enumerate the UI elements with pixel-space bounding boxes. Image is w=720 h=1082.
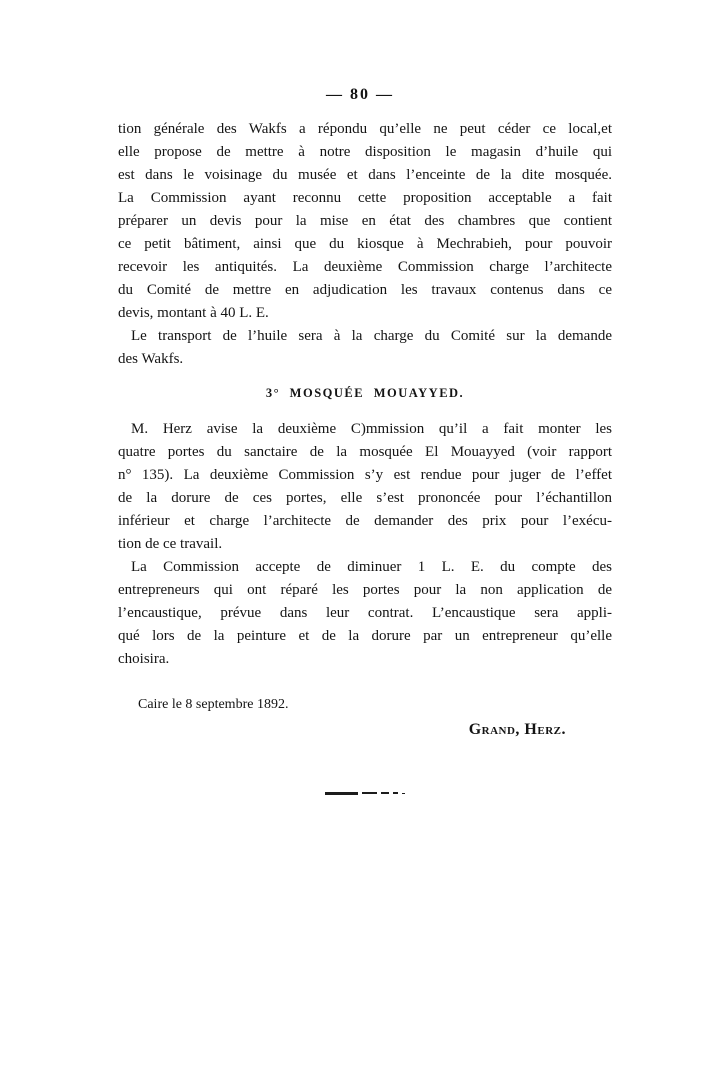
text-line: des Wakfs.	[118, 348, 612, 371]
text-line: n° 135). La deuxième Commission s’y est …	[118, 464, 612, 487]
section-divider-rule	[325, 791, 405, 795]
divider-segment	[381, 792, 390, 794]
divider-segment	[393, 792, 398, 794]
text-line: devis, montant à 40 L. E.	[118, 302, 612, 325]
text-line: elle propose de mettre à notre dispositi…	[118, 141, 612, 164]
text-line: inférieur et charge l’architecte de dema…	[118, 510, 612, 533]
text-line: du Comité de mettre en adjudication les …	[118, 279, 612, 302]
paragraph-encaustique: La Commission accepte de diminuer 1 L. E…	[118, 556, 612, 671]
text-line: La Commission ayant reconnu cette propos…	[118, 187, 612, 210]
text-line: tion générale des Wakfs a répondu qu’ell…	[118, 118, 612, 141]
paragraph-wakfs-magasin: tion générale des Wakfs a répondu qu’ell…	[118, 118, 612, 325]
scanned-document-page: — 80 — tion générale des Wakfs a répondu…	[0, 0, 720, 1082]
text-line: l’encaustique, prévue dans leur contrat.…	[118, 602, 612, 625]
text-line: M. Herz avise la deuxième C)mmission qu’…	[118, 418, 612, 441]
paragraph-transport-huile: Le transport de l’huile sera à la charge…	[118, 325, 612, 371]
text-line: ce petit bâtiment, ainsi que du kiosque …	[118, 233, 612, 256]
text-line: entrepreneurs qui ont réparé les portes …	[118, 579, 612, 602]
dateline: Caire le 8 septembre 1892.	[118, 693, 612, 716]
signature: Grand, Herz.	[118, 718, 612, 741]
section-heading-mosquee-mouayyed: 3° MOSQUÉE MOUAYYED.	[118, 382, 612, 405]
text-line: quatre portes du sanctaire de la mosquée…	[118, 441, 612, 464]
text-line: choisira.	[118, 648, 612, 671]
text-line: Le transport de l’huile sera à la charge…	[118, 325, 612, 348]
text-line: de la dorure de ces portes, elle s’est p…	[118, 487, 612, 510]
paragraph-portes-sanctuaire: M. Herz avise la deuxième C)mmission qu’…	[118, 418, 612, 556]
divider-segment	[325, 792, 358, 795]
text-line: est dans le voisinage du musée et dans l…	[118, 164, 612, 187]
text-line: recevoir les antiquités. La deuxième Com…	[118, 256, 612, 279]
text-line: La Commission accepte de diminuer 1 L. E…	[118, 556, 612, 579]
text-line: qué lors de la peinture et de la dorure …	[118, 625, 612, 648]
text-line: préparer un devis pour la mise en état d…	[118, 210, 612, 233]
divider-segment	[362, 792, 377, 794]
text-block: tion générale des Wakfs a répondu qu’ell…	[118, 118, 612, 795]
page-number: — 80 —	[0, 86, 720, 104]
divider-segment	[402, 793, 405, 794]
text-line: tion de ce travail.	[118, 533, 612, 556]
